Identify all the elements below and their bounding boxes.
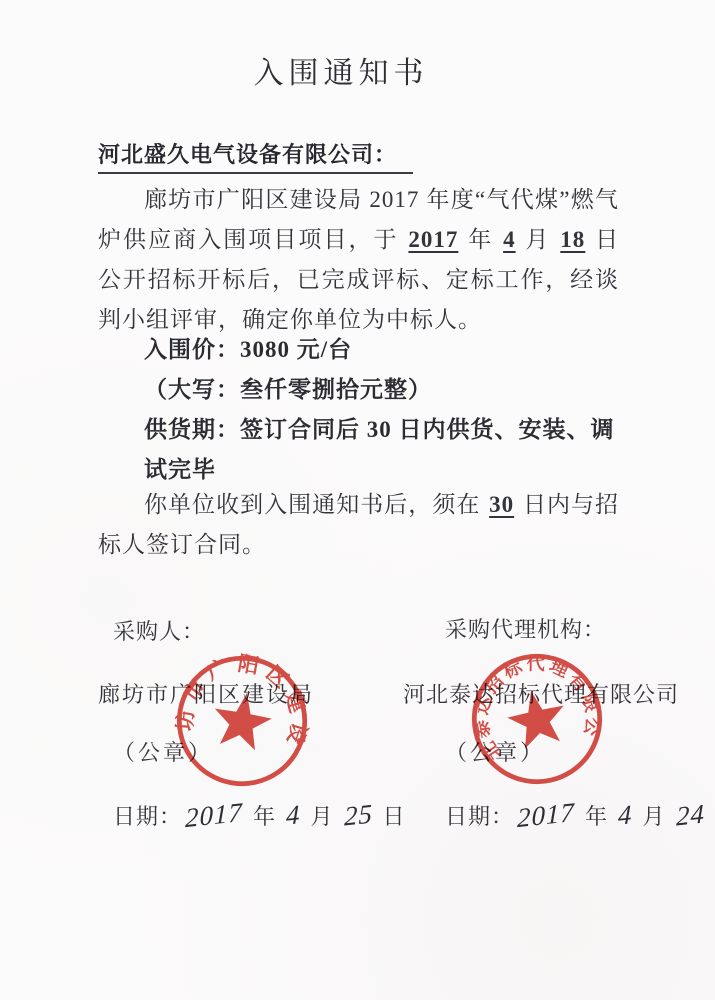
scanned-document-page: 入围通知书 河北盛久电气设备有限公司： 廊坊市广阳区建设局 2017 年度“气代… (0, 0, 715, 1000)
seal-star-icon (209, 688, 275, 752)
purchaser-date-label: 日期： (113, 804, 182, 829)
purchaser-date-year-handwritten: 2017 (185, 797, 243, 834)
para1-sep2: 月 (525, 227, 550, 252)
agency-date-month-handwritten: 4 (618, 799, 632, 832)
agency-month-unit: 月 (643, 804, 666, 829)
seal-text-agency: 河北泰达招标代理有限公司 (447, 629, 609, 770)
svg-text:河北泰达招标代理有限公司: 河北泰达招标代理有限公司 (447, 629, 609, 770)
bid-open-year: 2017 (406, 227, 460, 252)
addressee-company-name: 河北盛久电气设备有限公司： (98, 138, 413, 174)
official-seal-agency: 河北泰达招标代理有限公司 (447, 629, 627, 809)
supply-period-line: 供货期：签订合同后 30 日内供货、安装、调试完毕 (98, 410, 619, 490)
seal-star-icon (503, 685, 571, 751)
agency-year-unit: 年 (585, 804, 608, 829)
bid-open-month: 4 (501, 227, 518, 252)
price-in-words-line: （大写：叁仟零捌拾元整） (98, 370, 619, 410)
bid-open-day: 18 (558, 227, 587, 252)
document-title: 入围通知书 (0, 48, 682, 92)
agency-date-year-handwritten: 2017 (517, 797, 575, 834)
shortlist-price-line: 入围价：3080 元/台 (98, 330, 619, 370)
official-seal-purchaser: 廊坊市广阳区建设局 (154, 633, 330, 809)
purchaser-month-unit: 月 (311, 804, 334, 829)
purchaser-date-day-handwritten: 25 (344, 798, 373, 832)
purchaser-day-unit: 日 (383, 804, 406, 829)
purchaser-date-line: 日期：2017年4月25日 (113, 800, 413, 831)
agency-date-day-handwritten: 24 (676, 798, 705, 832)
para2-lead: 你单位收到入围通知书后，须在 (144, 492, 480, 517)
purchaser-year-unit: 年 (253, 804, 276, 829)
paragraph-contract-signing: 你单位收到入围通知书后，须在 30 日内与招标人签订合同。 (98, 485, 619, 565)
para1-sep1: 年 (468, 227, 493, 252)
addressee-line: 河北盛久电气设备有限公司： (98, 138, 413, 174)
signing-deadline-days: 30 (487, 492, 516, 517)
paragraph-award-result: 廊坊市广阳区建设局 2017 年度“气代煤”燃气炉供应商入围项目项目，于 201… (98, 180, 619, 340)
award-terms-block: 入围价：3080 元/台 （大写：叁仟零捌拾元整） 供货期：签订合同后 30 日… (98, 330, 619, 490)
